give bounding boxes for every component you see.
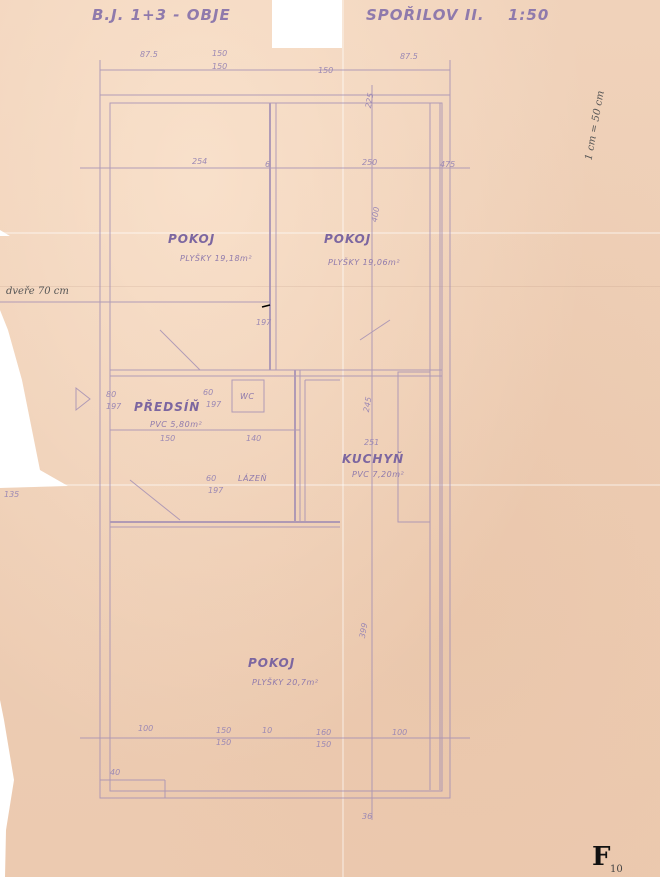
dim-bottom: 160 xyxy=(316,728,331,737)
title-left: B.J. 1+3 - OBJE xyxy=(92,6,231,24)
dim-bottom: 40 xyxy=(110,768,120,777)
dim-door: 60 xyxy=(203,388,213,397)
dim-bottom: 150 xyxy=(216,726,231,735)
dim-misc: 135 xyxy=(4,490,19,499)
dim-upper: 250 xyxy=(362,158,377,167)
dim-bottom: 100 xyxy=(392,728,407,737)
dim-top: 150 xyxy=(318,66,333,75)
dim-hall: 150 xyxy=(160,434,175,443)
door-note: dveře 70 cm xyxy=(6,286,69,297)
dim-top: 87.5 xyxy=(400,52,418,61)
dim-upper: 254 xyxy=(192,157,207,166)
room-label: KUCHYŇ xyxy=(342,452,404,466)
room-floor: PLYŠKY 19,18m² xyxy=(180,254,252,263)
dim-door: 197 xyxy=(206,400,221,409)
room-label: PŘEDSÍŇ xyxy=(134,400,200,414)
dim-bath: 197 xyxy=(208,486,223,495)
dim-upper: 475 xyxy=(440,160,455,169)
dim-hall: 140 xyxy=(246,434,261,443)
room-floor: PLYŠKY 20,7m² xyxy=(252,678,318,687)
dim-misc: 36 xyxy=(362,812,372,821)
dim-bottom: 10 xyxy=(262,726,272,735)
dim-bottom: 100 xyxy=(138,724,153,733)
room-label: POKOJ xyxy=(248,656,295,670)
dim-door: 197 xyxy=(256,318,271,327)
room-label: POKOJ xyxy=(168,232,215,246)
scale-label: 1:50 xyxy=(508,6,549,24)
room-label-wc: WC xyxy=(240,392,255,401)
dim-upper: 6 xyxy=(265,160,270,169)
room-label: POKOJ xyxy=(324,232,371,246)
dim-top: 150 xyxy=(212,49,227,58)
room-floor: PVC 7,20m² xyxy=(352,470,404,479)
dim-bath: 60 xyxy=(206,474,216,483)
dim-bottom: 150 xyxy=(216,738,231,747)
page-number: 10 xyxy=(610,864,623,875)
room-floor: PVC 5,80m² xyxy=(150,420,202,429)
dim-bottom: 150 xyxy=(316,740,331,749)
dim-door: 197 xyxy=(106,402,121,411)
room-floor: PLYŠKY 19,06m² xyxy=(328,258,400,267)
dim-top: 87.5 xyxy=(140,50,158,59)
dim-hall: 251 xyxy=(364,438,379,447)
dim-door: 80 xyxy=(106,390,116,399)
signature-mark: F xyxy=(592,842,610,872)
room-label: LÁZEŇ xyxy=(238,474,267,483)
torn-corner xyxy=(272,0,342,48)
title-right: SPOŘILOV II. xyxy=(366,6,485,24)
dim-top: 150 xyxy=(212,62,227,71)
